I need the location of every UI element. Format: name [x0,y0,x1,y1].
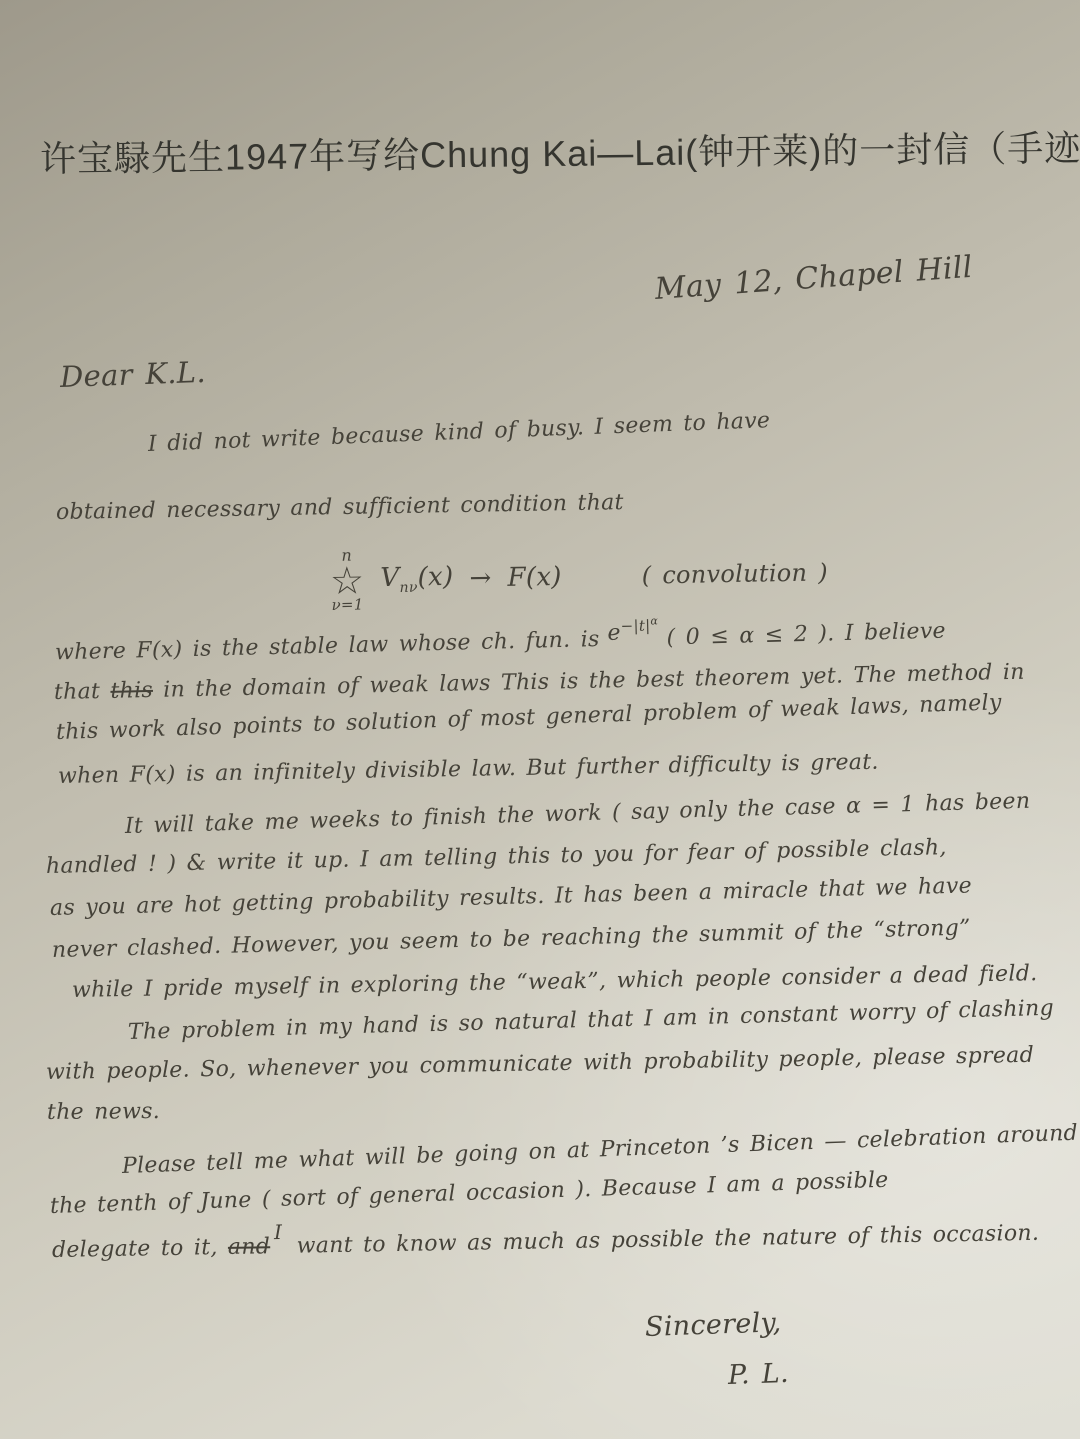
letter-line: It will take me weeks to finish the work… [125,789,1031,839]
charfn-exponent: −|t|α [620,616,658,635]
strikethrough-word: this [110,678,153,704]
strikethrough-word: and [228,1234,271,1260]
letter-line: the news. [47,1099,160,1125]
letter-line: as you are hot getting probability resul… [50,873,973,921]
salutation: Dear K.L. [59,355,206,394]
letter-line: where F(x) is the stable law whose ch. f… [55,613,947,665]
letter-line: I did not write because kind of busy. I … [148,408,771,457]
formula-term: Vnν(x) [380,562,454,596]
line-text: delegate to it, [52,1235,228,1263]
formula-limit: F(x) [507,561,562,592]
convolution-star-symbol: ☆ [330,561,365,600]
line-text: want to know as much as possible the nat… [286,1221,1039,1259]
dateline: May 12, Chapel Hill [654,250,974,307]
letter-line: never clashed. However, you seem to be r… [52,916,971,963]
converges-arrow: → [469,563,492,593]
convolution-star-operator: n ☆ ν=1 [329,547,365,613]
charfn-exp-alpha: α [650,614,658,627]
charfn-exp-text: −|t| [620,616,650,635]
inserted-word: I [270,1220,287,1244]
letter-line: when F(x) is an infinitely divisible law… [58,750,879,789]
page-title: 许宝騄先生1947年写给Chung Kai—Lai(钟开莱)的一封信（手迹） [40,121,1070,183]
characteristic-function: e−|t|α [607,614,659,646]
line-text: that [54,679,111,705]
letter-line: obtained necessary and sufficient condit… [56,490,624,525]
operator-lower-limit: ν=1 [331,597,363,613]
signature: P. L. [727,1358,789,1391]
letter-line: with people. So, whenever you communicat… [46,1043,1034,1085]
letter-photo-page: 许宝騄先生1947年写给Chung Kai—Lai(钟开莱)的一封信（手迹） M… [0,0,1080,1439]
letter-line: delegate to it, andI want to know as muc… [52,1221,1040,1263]
convolution-formula: n ☆ ν=1 Vnν(x) → F(x) ( convolution ) [329,539,828,613]
line-text: I believe [834,619,946,647]
term-subscript: nν [399,580,417,596]
letter-line: Please tell me what will be going on at … [122,1121,1079,1179]
alpha-range: ( 0 ≤ α ≤ 2 ). [666,621,835,650]
charfn-base: e [607,621,621,646]
formula-annotation: ( convolution ) [641,558,828,589]
letter-line: while I pride myself in exploring the “w… [72,961,1038,1003]
line-text: where F(x) is the stable law whose ch. f… [55,627,600,665]
closing: Sincerely, [644,1307,781,1343]
letter-line: The problem in my hand is so natural tha… [128,996,1055,1045]
letter-line: handled ! ) & write it up. I am telling … [46,835,947,879]
term-argument: (x) [417,562,453,593]
term-symbol: V [380,563,400,593]
